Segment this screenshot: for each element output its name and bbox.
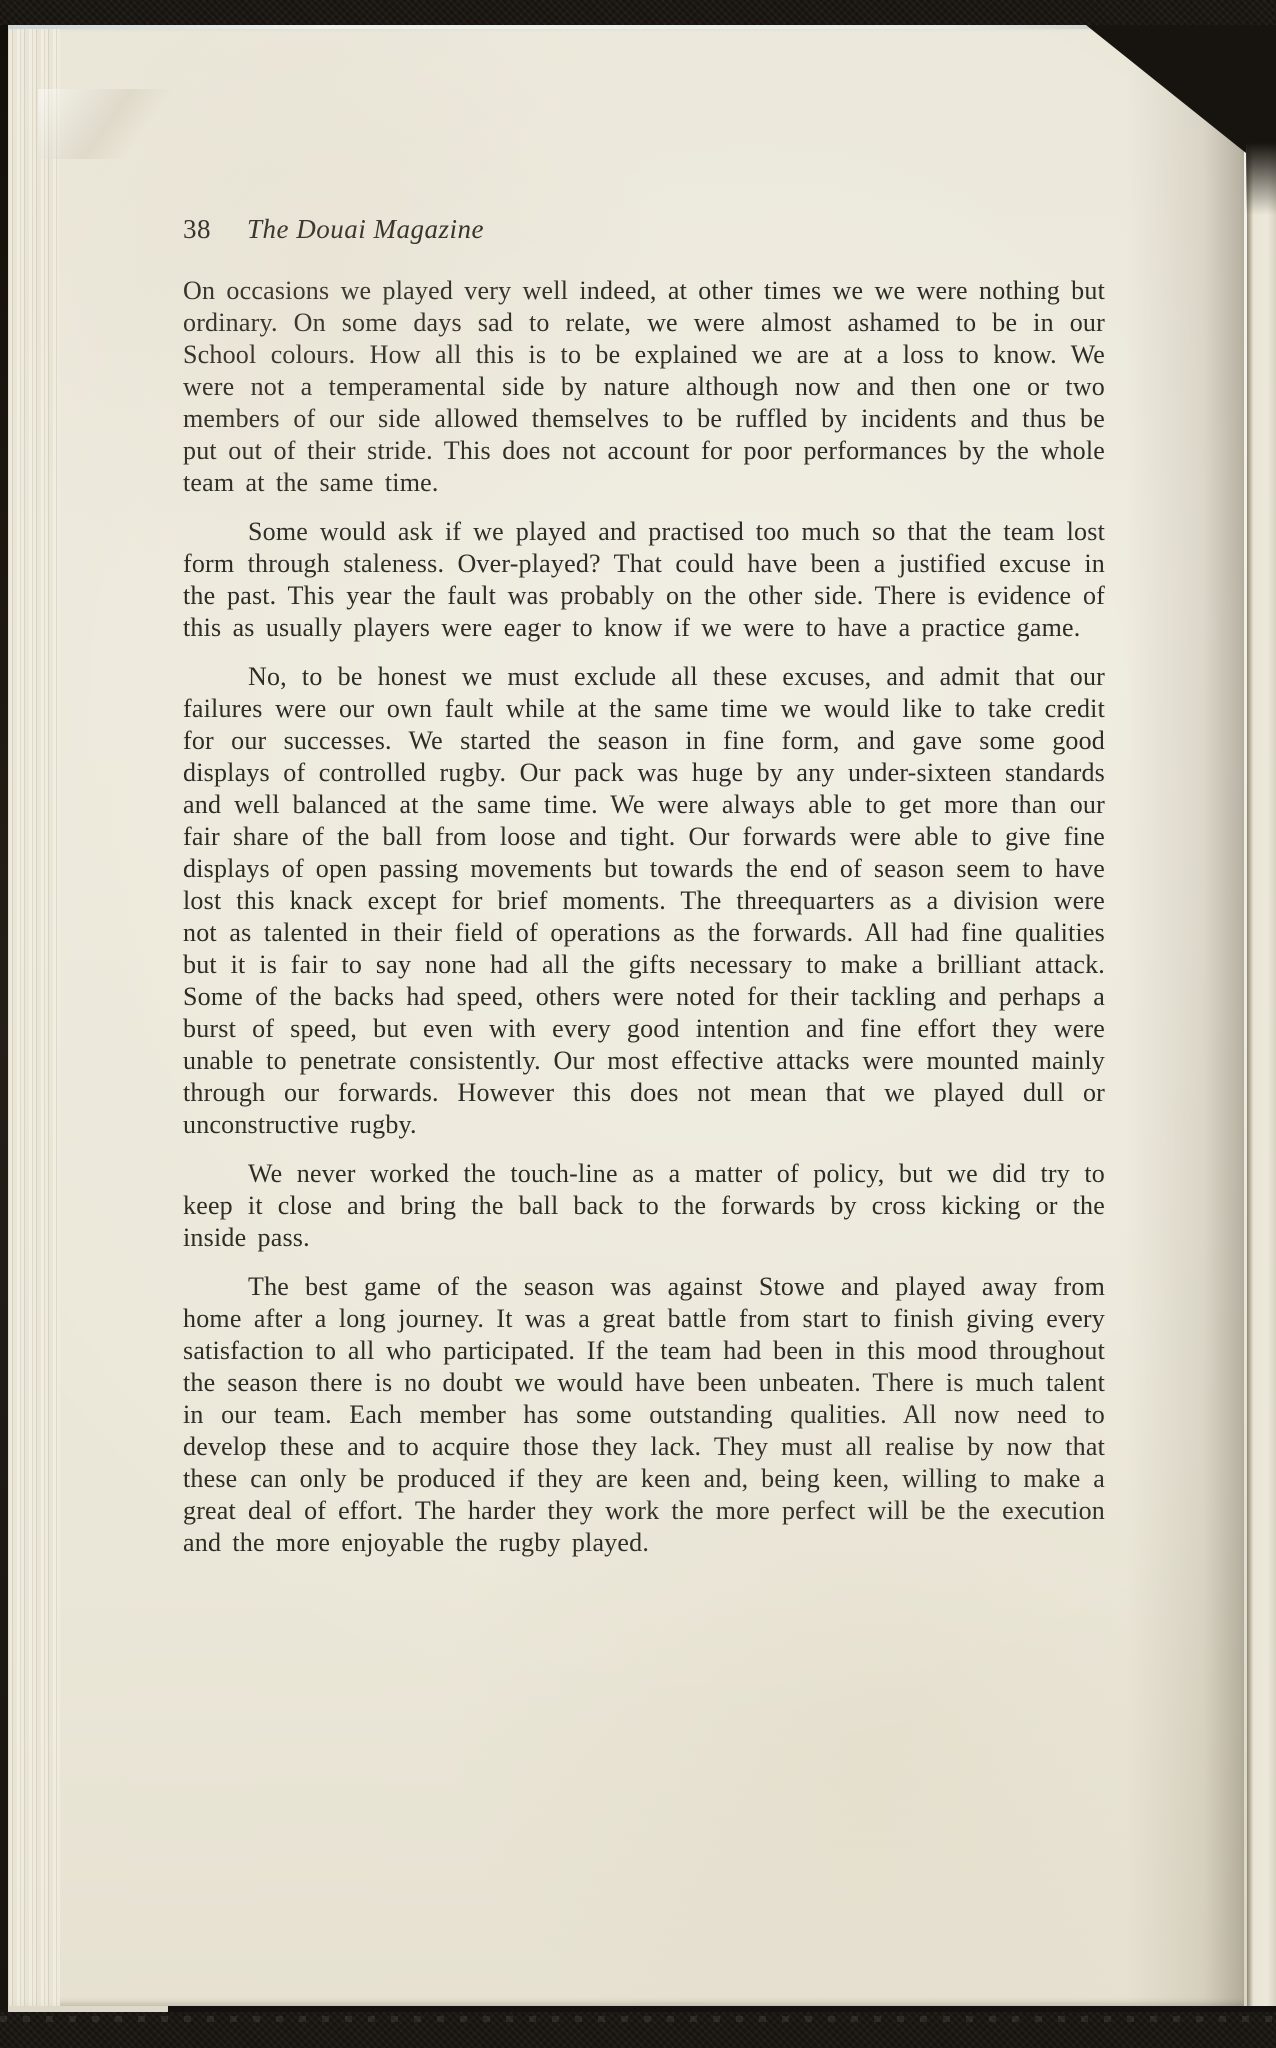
paragraph-5: The best game of the season was against … [183, 1271, 1105, 1559]
magazine-title: The Douai Magazine [247, 213, 484, 245]
article-body: On occasions we played very well indeed,… [183, 275, 1105, 1559]
magazine-page: 38The Douai Magazine On occasions we pla… [8, 29, 1246, 2006]
paragraph-1: On occasions we played very well indeed,… [183, 275, 1105, 499]
book-cover-top [0, 0, 1276, 25]
paragraph-2: Some would ask if we played and practise… [183, 516, 1105, 644]
book-scan: 38The Douai Magazine On occasions we pla… [0, 0, 1276, 2048]
paragraph-4: We never worked the touch-line as a matt… [183, 1158, 1105, 1254]
cover-corner-far-right [1246, 25, 1276, 215]
page-corner-crease [38, 89, 198, 159]
next-page-edge [1247, 29, 1276, 2006]
cover-bottom-texture [0, 2016, 1276, 2022]
running-header: 38The Douai Magazine [183, 213, 1105, 245]
gutter-shadow [1126, 29, 1246, 2006]
cover-left-sliver [0, 25, 8, 2023]
stacked-page-edges [8, 29, 60, 2006]
paragraph-3: No, to be honest we must exclude all the… [183, 661, 1105, 1141]
page-number: 38 [183, 213, 211, 245]
text-column: 38The Douai Magazine On occasions we pla… [183, 213, 1105, 1559]
